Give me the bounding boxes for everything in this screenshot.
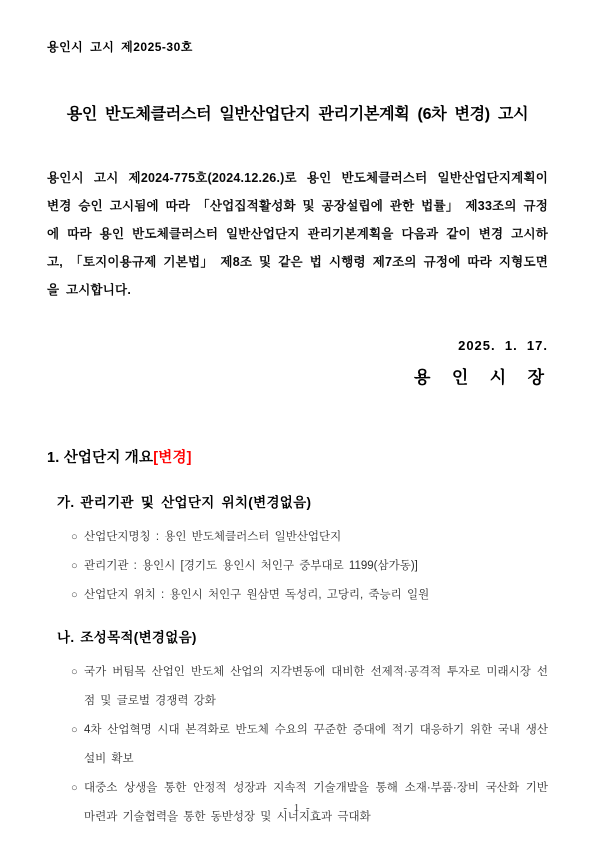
- list-item: ○ 관리기관 : 용인시 [경기도 용인시 처인구 중부대로 1199(삼가동)…: [71, 552, 548, 581]
- change-badge: [변경]: [153, 450, 191, 466]
- section-1-heading-text: 1. 산업단지 개요: [47, 450, 153, 466]
- circle-bullet-icon: ○: [71, 716, 84, 745]
- list-item-text: 관리기관 : 용인시 [경기도 용인시 처인구 중부대로 1199(삼가동)]: [84, 552, 548, 581]
- notice-number: 용인시 고시 제2025-30호: [47, 0, 548, 55]
- document-title: 용인 반도체클러스터 일반산업단지 관리기본계획 (6차 변경) 고시: [47, 101, 548, 124]
- document-page: 용인시 고시 제2025-30호 용인 반도체클러스터 일반산업단지 관리기본계…: [0, 0, 595, 841]
- subsection-na-heading: 나.조성목적(변경없음): [47, 626, 548, 646]
- body-paragraph: 용인시 고시 제2024-775호(2024.12.26.)로 용인 반도체클러…: [47, 164, 548, 304]
- circle-bullet-icon: ○: [71, 523, 84, 552]
- list-item: ○ 산업단지 위치 : 용인시 처인구 원삼면 독성리, 고당리, 죽능리 일원: [71, 581, 548, 610]
- subsection-na-title: 조성목적(변경없음): [80, 630, 196, 645]
- notice-date: 2025. 1. 17.: [47, 338, 548, 353]
- section-1-heading: 1. 산업단지 개요[변경]: [47, 446, 548, 467]
- list-item-text: 4차 산업혁명 시대 본격화로 반도체 수요의 꾸준한 증대에 적기 대응하기 …: [84, 716, 548, 774]
- subsection-ga-label: 가.: [57, 495, 74, 510]
- list-item-text: 국가 버팀목 산업인 반도체 산업의 지각변동에 대비한 선제적·공격적 투자로…: [84, 658, 548, 716]
- circle-bullet-icon: ○: [71, 774, 84, 803]
- circle-bullet-icon: ○: [71, 581, 84, 610]
- list-item-text: 산업단지명칭 : 용인 반도체클러스터 일반산업단지: [84, 523, 548, 552]
- list-item: ○ 산업단지명칭 : 용인 반도체클러스터 일반산업단지: [71, 523, 548, 552]
- subsection-na-label: 나.: [57, 630, 74, 645]
- subsection-ga-heading: 가.관리기관 및 산업단지 위치(변경없음): [47, 491, 548, 511]
- circle-bullet-icon: ○: [71, 658, 84, 687]
- circle-bullet-icon: ○: [71, 552, 84, 581]
- list-item: ○ 4차 산업혁명 시대 본격화로 반도체 수요의 꾸준한 증대에 적기 대응하…: [71, 716, 548, 774]
- page-number: - 1 -: [0, 802, 595, 814]
- list-item-text: 산업단지 위치 : 용인시 처인구 원삼면 독성리, 고당리, 죽능리 일원: [84, 581, 548, 610]
- list-item: ○ 국가 버팀목 산업인 반도체 산업의 지각변동에 대비한 선제적·공격적 투…: [71, 658, 548, 716]
- subsection-ga-items: ○ 산업단지명칭 : 용인 반도체클러스터 일반산업단지 ○ 관리기관 : 용인…: [47, 523, 548, 610]
- subsection-ga-title: 관리기관 및 산업단지 위치(변경없음): [80, 495, 311, 510]
- signer-title: 용 인 시 장: [47, 363, 548, 388]
